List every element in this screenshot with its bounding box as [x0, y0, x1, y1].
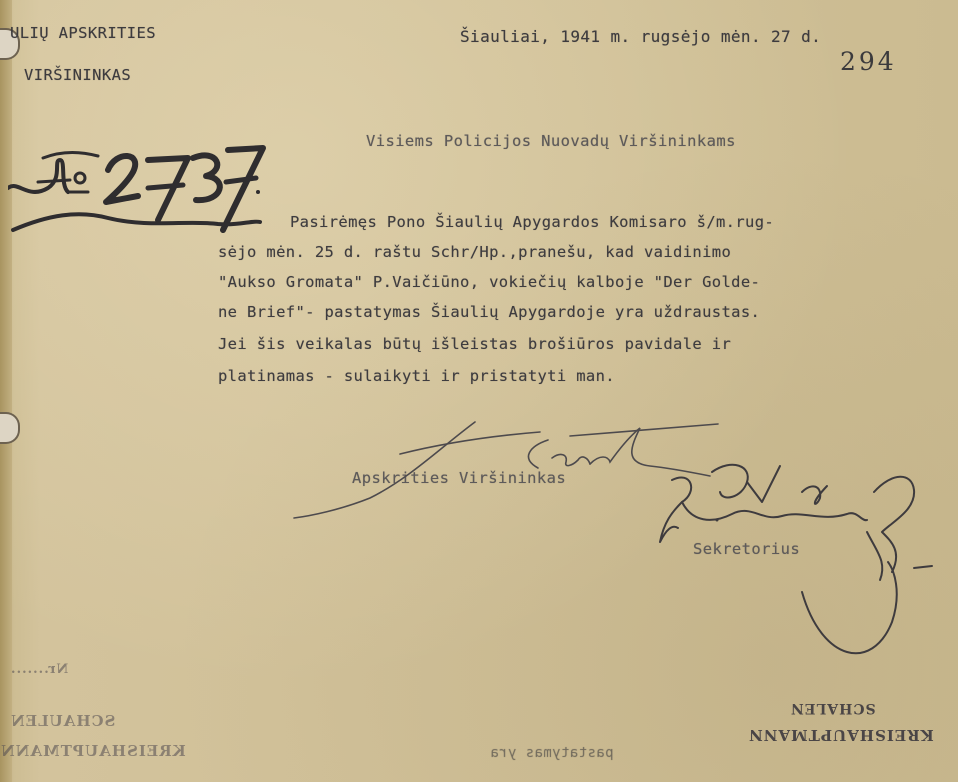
stamp-left-line1: Nr....... — [10, 662, 68, 677]
document-page: ULIŲ APSKRITIES VIRŠININKAS Šiauliai, 19… — [0, 0, 958, 782]
stamp-left-line2: SCHAULEN — [10, 712, 115, 730]
stamp-right-line2: SCHALEN — [790, 700, 876, 716]
body-line: sėjo mėn. 25 d. raštu Schr/Hp.,pranešu, … — [218, 243, 731, 261]
stamp-right-line1: KREISHAUPTMANN — [748, 726, 934, 744]
body-line: platinamas - sulaikyti ir pristatyti man… — [218, 367, 615, 385]
body-line: "Aukso Gromata" P.Vaičiūno, vokiečių kal… — [218, 273, 760, 291]
stamp-left-line3: KREISHAUPTMANN — [0, 742, 186, 760]
body-line: Jei šis veikalas būtų išleistas brošiūro… — [218, 335, 731, 353]
addressee: Visiems Policijos Nuovadų Viršininkams — [366, 132, 736, 150]
page-number: 294 — [840, 47, 897, 76]
body-line: Pasirėmęs Pono Šiaulių Apygardos Komisar… — [290, 213, 774, 231]
body-line: ne Brief"- pastatymas Šiaulių Apygardoje… — [218, 303, 760, 321]
punch-hole-middle — [0, 412, 20, 444]
handwritten-registration-number: № 2737 — [8, 130, 278, 240]
letterhead-line2: VIRŠININKAS — [24, 66, 131, 84]
bleed-through-text: pastatymas yra — [490, 745, 614, 761]
letterhead-line1: ULIŲ APSKRITIES — [10, 24, 156, 42]
secretary-signature — [652, 462, 942, 682]
place-date: Šiauliai, 1941 m. rugsėjo mėn. 27 d. — [460, 27, 821, 46]
